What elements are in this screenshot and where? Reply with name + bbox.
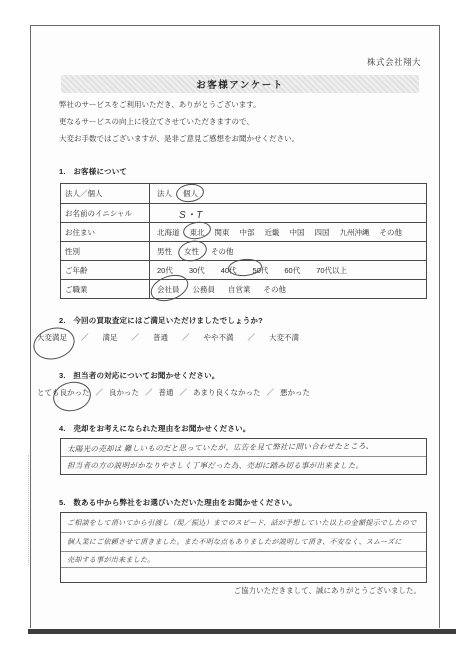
- scan-paper-bottom-edge: [28, 629, 456, 634]
- handwritten-answer-line: 担当者の方の説明がかなりやさしく丁寧だった為、売却に踏み切る事が出来ました。: [67, 460, 363, 471]
- survey-option: 悪かった: [280, 387, 310, 398]
- table-option: 近畿: [265, 227, 280, 238]
- table-option: 公務員: [193, 284, 216, 295]
- row-label: お名前のイニシャル: [61, 204, 150, 222]
- company-name: 株式会社翔大: [367, 56, 421, 68]
- customer-info-table: 法人／個人 法人 個人 お名前のイニシャル S・T お住まい 北海道 東北 関東…: [60, 183, 427, 299]
- row-value: S・T: [150, 204, 426, 222]
- answer-row: 売却する事が出来ました。: [61, 552, 426, 568]
- option-separator: ／: [81, 332, 89, 343]
- row-options: 会社員 公務員 自営業 その他: [150, 280, 426, 298]
- table-option: 九州沖縄: [340, 227, 370, 238]
- table-option: 男性: [157, 246, 172, 257]
- handwritten-answer-line: 売却する事が出来ました。: [67, 555, 155, 565]
- table-option: 自営業: [228, 284, 251, 295]
- thank-you-note: ご協力いただきまして、誠にありがとうございました。: [234, 585, 421, 596]
- table-row-occupation: ご職業 会社員 公務員 自営業 その他: [61, 279, 426, 298]
- option-separator: ／: [248, 332, 256, 343]
- answer-row: 担当者の方の説明がかなりやさしく丁寧だった為、売却に踏み切る事が出来ました。: [61, 457, 426, 474]
- row-label: ご職業: [61, 280, 150, 298]
- intro-line: 更なるサービスの向上に役立てさせていただきますので、: [59, 113, 299, 130]
- row-label: ご年齢: [61, 261, 150, 279]
- survey-option: 大変満足: [37, 332, 67, 343]
- intro-text: 弊社のサービスをご利用いただき、ありがとうございます。 更なるサービスの向上に役…: [59, 96, 299, 147]
- row-label: 性別: [61, 242, 150, 260]
- scan-artifact-left-edge: [28, 455, 29, 565]
- answer-row-empty: [61, 568, 426, 582]
- table-option: その他: [211, 246, 234, 257]
- survey-option: とても良かった: [37, 387, 90, 398]
- table-option: 30代: [189, 265, 205, 276]
- table-row-entity-type: 法人／個人 法人 個人: [61, 184, 426, 203]
- option-separator: ／: [180, 387, 188, 398]
- survey-option: やや不満: [204, 332, 234, 343]
- option-separator: ／: [267, 387, 275, 398]
- survey-option: 満足: [103, 332, 118, 343]
- option-separator: ／: [182, 332, 190, 343]
- table-option: 中国: [290, 227, 305, 238]
- table-option: 法人: [157, 188, 172, 199]
- table-option: 中部: [240, 227, 255, 238]
- intro-line: 弊社のサービスをご利用いただき、ありがとうございます。: [59, 96, 299, 113]
- option-separator: ／: [145, 387, 153, 398]
- selection-circle-very-satisfied: [30, 323, 79, 364]
- section4-answer-box: 太陽光の売却は 難しいものだと思っていたが、広告を見て弊社に問い合わせたところ、…: [60, 438, 427, 475]
- table-row-region: お住まい 北海道 東北 関東 中部 近畿 中国 四国 九州沖縄 その他: [61, 222, 426, 241]
- section3-heading: 3. 担当者の対応についてお聞かせください。: [59, 370, 220, 381]
- page-title: お客様アンケート: [196, 77, 283, 91]
- section1-heading: 1. お客様について: [59, 166, 127, 177]
- answer-row: 個人業にご依頼させて頂きました。また不明な点もありましたが説明して頂き、不安なく…: [61, 533, 426, 552]
- table-option: 70代以上: [316, 265, 347, 276]
- survey-option: 普通: [159, 387, 174, 398]
- row-label: お住まい: [61, 223, 150, 241]
- option-separator: ／: [96, 387, 104, 398]
- table-option: その他: [380, 227, 403, 238]
- survey-option: あまり良くなかった: [193, 387, 261, 398]
- survey-option: 大変不満: [269, 332, 299, 343]
- section3-options: とても良かった ／ 良かった ／ 普通 ／ あまり良くなかった ／ 悪かった: [37, 387, 310, 398]
- section5-heading: 5. 数ある中から弊社をお選びいただいた理由をお聞かせください。: [59, 497, 297, 508]
- table-row-initials: お名前のイニシャル S・T: [61, 203, 426, 222]
- handwritten-answer-line: 太陽光の売却は 難しいものだと思っていたが、広告を見て弊社に問い合わせたところ、: [67, 440, 374, 454]
- row-label: 法人／個人: [61, 184, 150, 203]
- table-option: 60代: [284, 265, 300, 276]
- section2-heading: 2. 今回の買取査定にはご満足いただけましたでしょうか?: [59, 315, 263, 326]
- section4-heading: 4. 売却をお考えになられた理由をお聞かせください。: [59, 423, 250, 434]
- title-band: お客様アンケート: [61, 75, 419, 93]
- table-option: その他: [264, 284, 287, 295]
- table-option: 四国: [315, 227, 330, 238]
- intro-line: 大変お手数ではございますが、是非ご意見ご感想をお聞かせください。: [59, 130, 299, 147]
- survey-option: 普通: [153, 332, 168, 343]
- survey-option: 良かった: [109, 387, 139, 398]
- table-row-gender: 性別 男性 女性 その他: [61, 241, 426, 260]
- option-separator: ／: [132, 332, 140, 343]
- handwritten-initials: S・T: [179, 206, 203, 221]
- answer-row: ご相談をして頂いてから引渡し（現／振込）までのスピード、話が予想していた以上の金…: [61, 513, 426, 533]
- section5-answer-box: ご相談をして頂いてから引渡し（現／振込）までのスピード、話が予想していた以上の金…: [60, 512, 427, 583]
- table-option: 20代: [157, 265, 173, 276]
- table-option: 関東: [215, 227, 230, 238]
- answer-row: 太陽光の売却は 難しいものだと思っていたが、広告を見て弊社に問い合わせたところ、: [61, 439, 426, 457]
- table-option: 北海道: [157, 227, 180, 238]
- handwritten-answer-line: 個人業にご依頼させて頂きました。また不明な点もありましたが説明して頂き、不安なく…: [67, 537, 402, 547]
- handwritten-answer-line: ご相談をして頂いてから引渡し（現／振込）までのスピード、話が予想していた以上の金…: [67, 518, 417, 528]
- section2-options: 大変満足 ／ 満足 ／ 普通 ／ やや不満 ／ 大変不満: [37, 332, 299, 343]
- row-options: 20代 30代 40代 50代 60代 70代以上: [150, 261, 426, 279]
- scanned-survey-page: 株式会社翔大 お客様アンケート 弊社のサービスをご利用いただき、ありがとうござい…: [30, 25, 440, 628]
